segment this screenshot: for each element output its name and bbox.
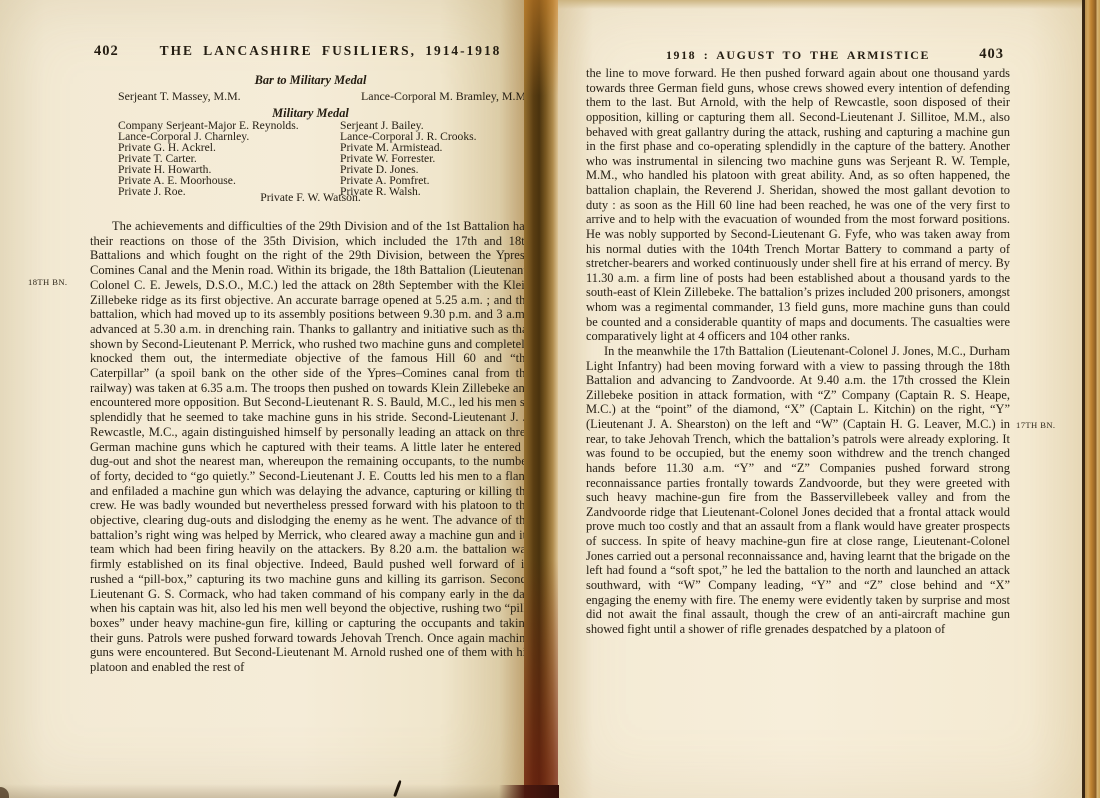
binding-shadow [499,785,559,798]
bar-medal-name: Serjeant T. Massey, M.M. [118,89,241,104]
page-edges [1082,0,1100,798]
military-medal-column-2: Serjeant J. Bailey. Lance-Corporal J. R.… [340,120,477,197]
right-page-header: 1918 : AUGUST TO THE ARMISTICE 403 [586,48,1010,64]
bar-to-military-medal-heading: Bar to Military Medal [90,73,531,88]
book-gutter [524,0,558,798]
right-paragraph-1: the line to move forward. He then pushed… [586,66,1010,344]
left-running-head: THE LANCASHIRE FUSILIERS, 1914-1918 [90,43,531,59]
right-body-text: the line to move forward. He then pushed… [586,66,1010,636]
military-medal-column-1: Company Serjeant-Major E. Reynolds. Lanc… [118,120,299,197]
left-page-number: 402 [94,43,119,60]
bar-medal-names: Serjeant T. Massey, M.M. Lance-Corporal … [90,89,531,104]
right-page-number: 403 [979,46,1004,63]
bar-medal-name: Lance-Corporal M. Bramley, M.M. [361,89,529,104]
margin-note-17th-bn: 17TH BN. [1016,420,1055,430]
medal-recipient-centered: Private F. W. Watson. [90,191,531,204]
right-page: 1918 : AUGUST TO THE ARMISTICE 403 the l… [558,0,1082,798]
right-running-head: 1918 : AUGUST TO THE ARMISTICE [586,48,1010,63]
left-page-header: 402 THE LANCASHIRE FUSILIERS, 1914-1918 [90,43,531,61]
left-page: 402 THE LANCASHIRE FUSILIERS, 1914-1918 … [0,0,524,798]
margin-note-18th-bn: 18TH BN. [28,277,67,287]
right-paragraph-2: In the meanwhile the 17th Battalion (Lie… [586,344,1010,637]
left-body-text: The achievements and difficulties of the… [90,219,531,675]
